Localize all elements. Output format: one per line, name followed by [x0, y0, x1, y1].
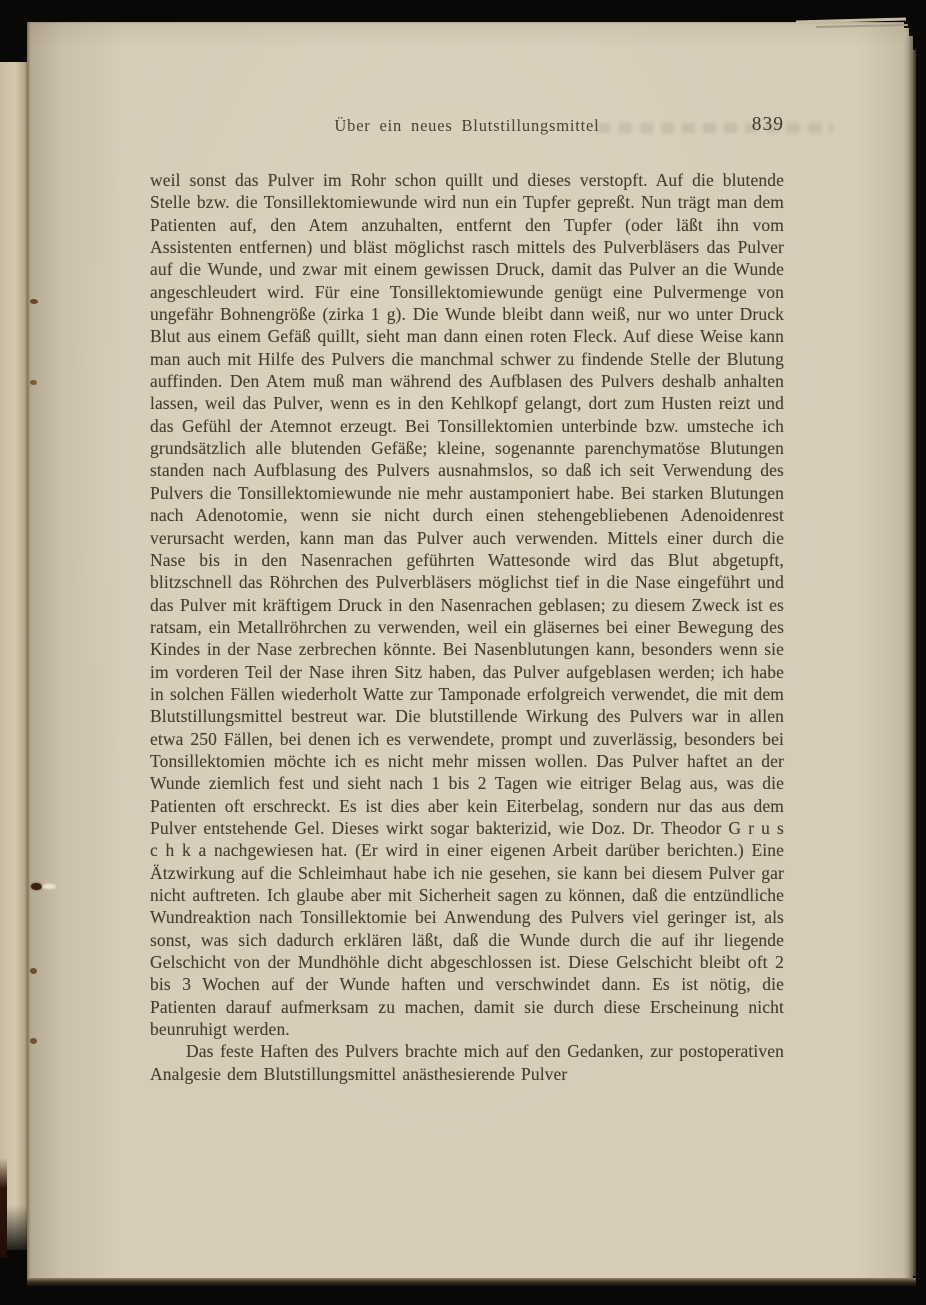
binding-stitch-mark — [30, 1038, 37, 1044]
page-stack-edge — [913, 50, 916, 1276]
binding-stitch-mark — [30, 968, 37, 974]
paragraph: weil sonst das Pulver im Rohr schon quil… — [150, 169, 784, 1040]
book-cover-edge — [0, 1158, 7, 1258]
page-bottom-shadow — [27, 1278, 916, 1287]
page-body-text: weil sonst das Pulver im Rohr schon quil… — [150, 169, 784, 1085]
running-title: Über ein neues Blutstillungsmittel — [150, 116, 784, 136]
paragraph: Das feste Haften des Pulvers brachte mic… — [150, 1040, 784, 1085]
running-header: Über ein neues Blutstillungsmittel 839 — [150, 116, 784, 136]
binding-stitch-mark — [31, 883, 42, 890]
binding-stitch-mark — [30, 299, 38, 304]
page-number: 839 — [752, 114, 784, 136]
scan-background: Über ein neues Blutstillungsmittel 839 w… — [0, 0, 926, 1305]
facing-page-edge — [0, 62, 27, 1250]
binding-stitch-mark — [30, 380, 37, 385]
